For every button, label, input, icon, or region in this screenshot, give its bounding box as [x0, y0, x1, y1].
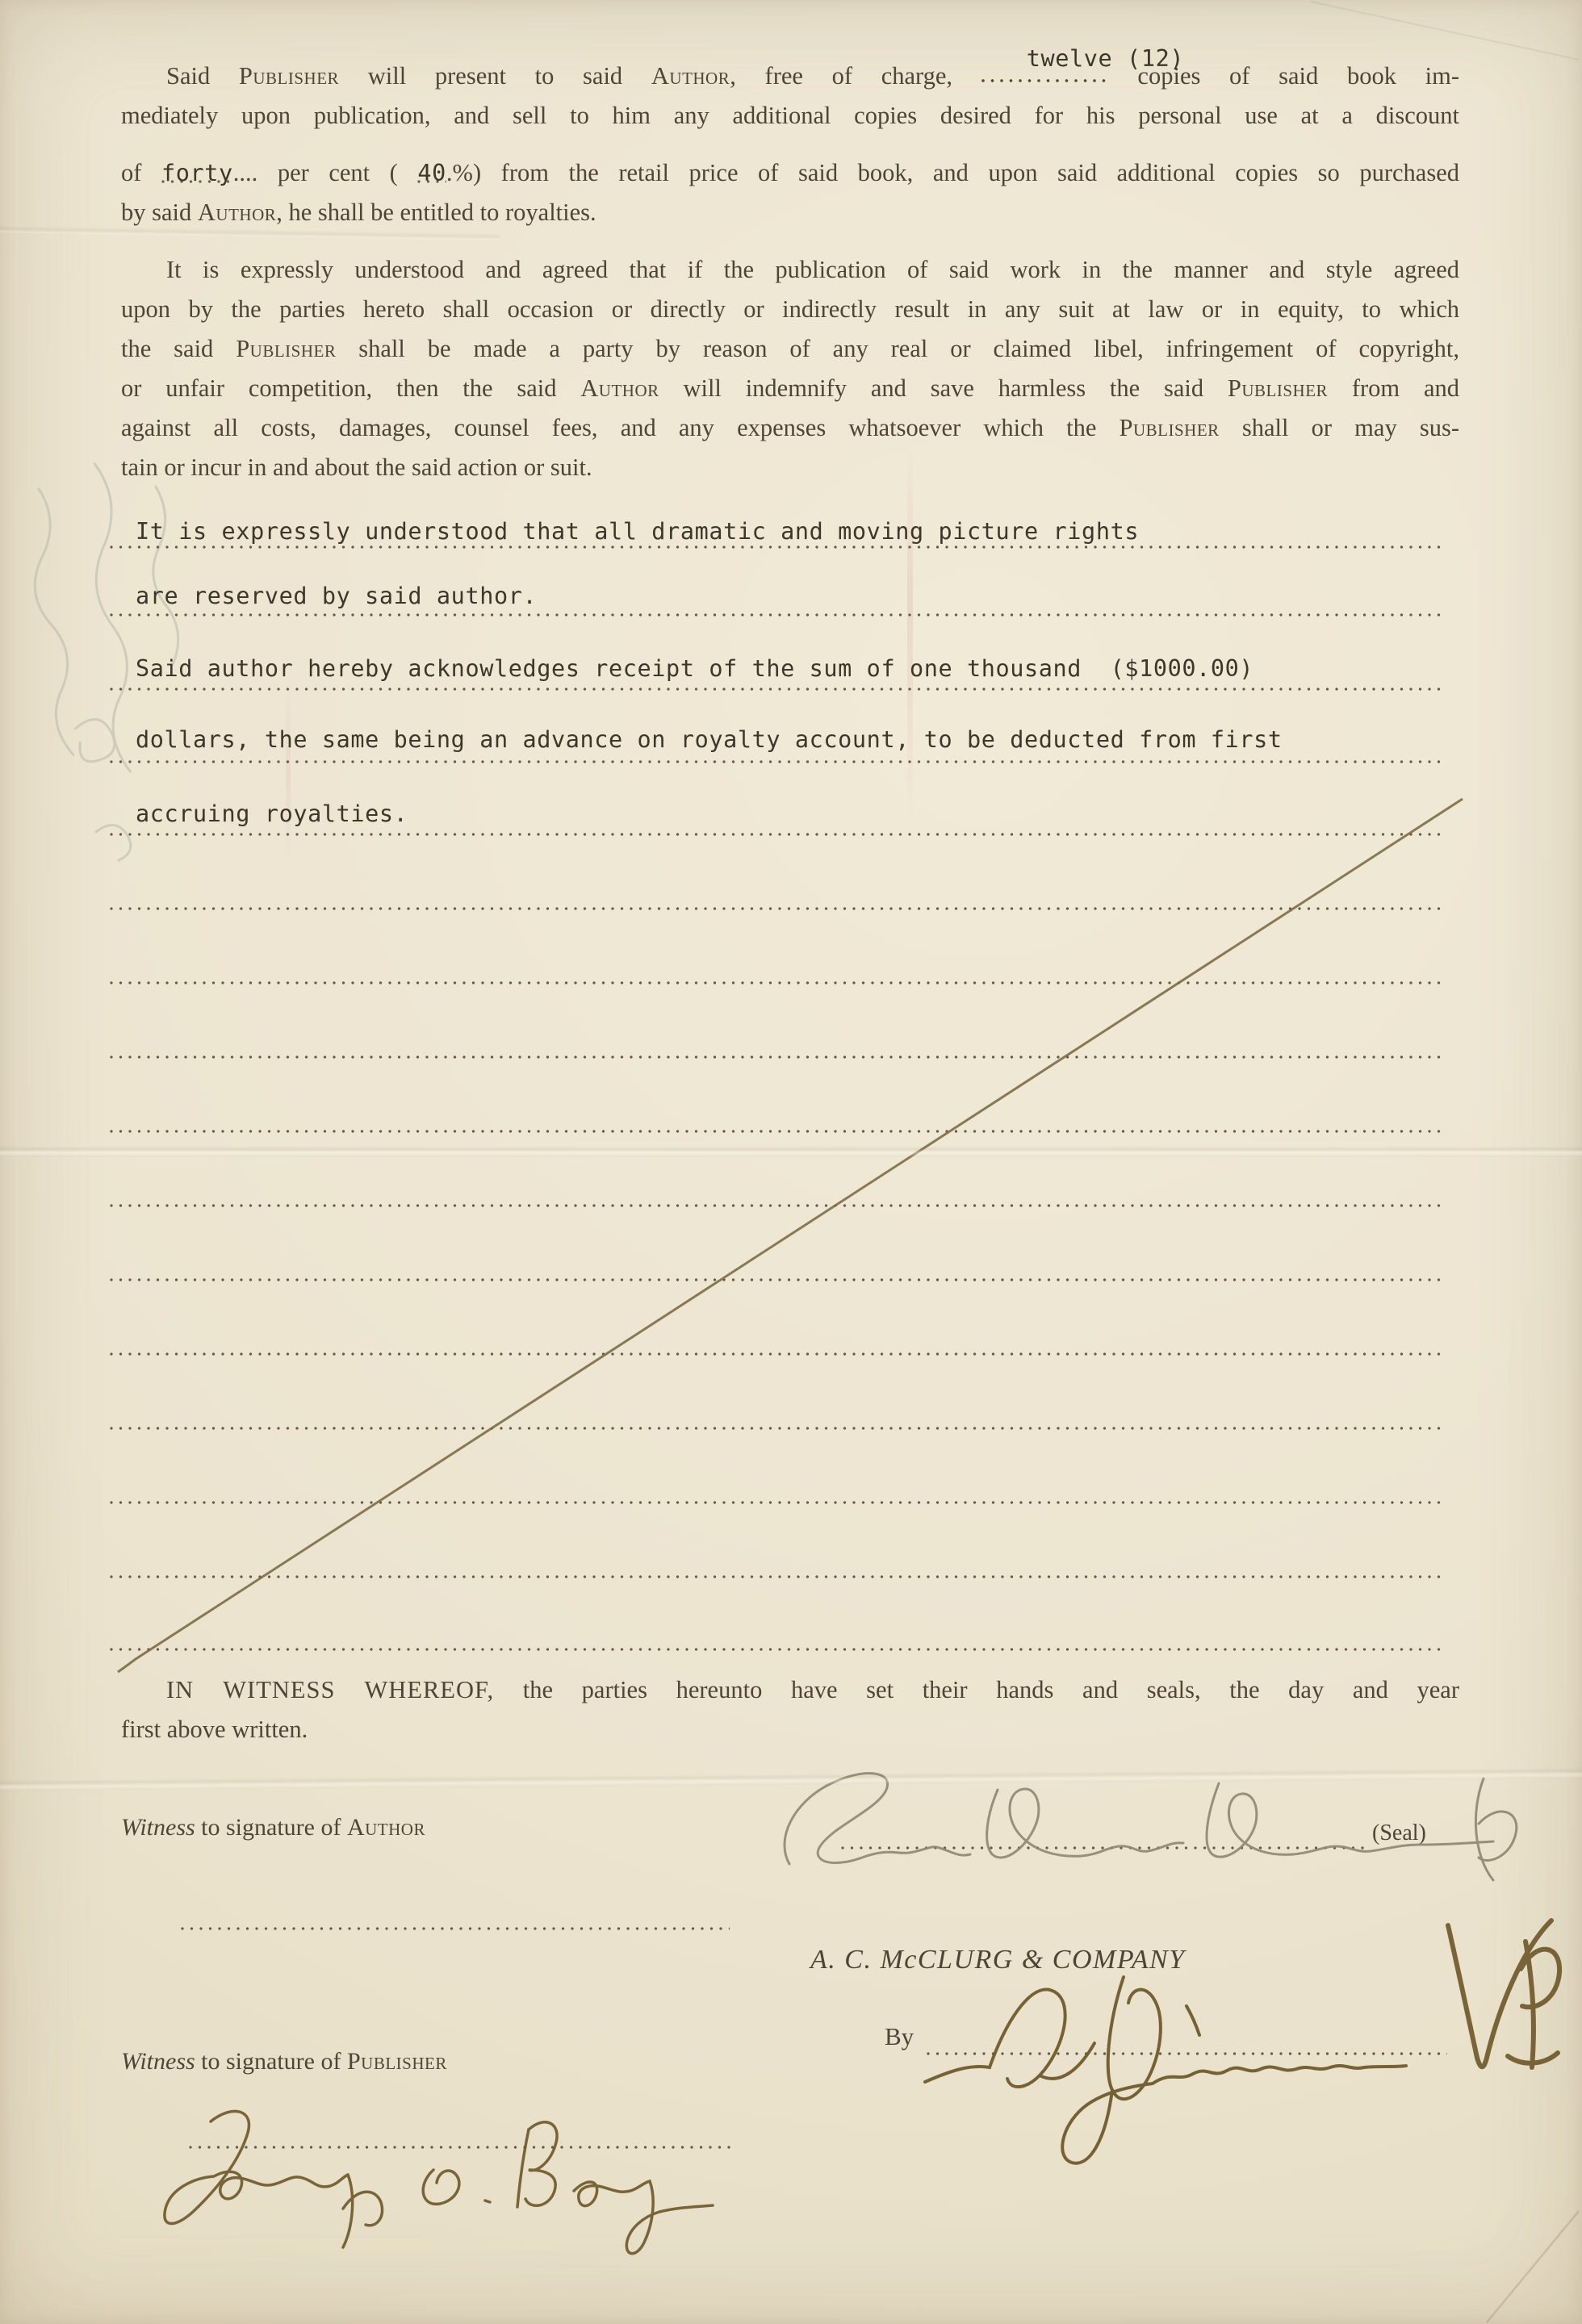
dotted-rule	[110, 1055, 1446, 1059]
text-run: .%) from the retail price of said book, …	[446, 159, 1459, 186]
typed-fill-in-value: twelve (12)	[981, 39, 1184, 78]
dotted-rule	[110, 1352, 1446, 1356]
typed-line-5: accruing royalties.	[136, 800, 408, 827]
dotted-rule	[110, 688, 1446, 691]
dotted-rule	[110, 613, 1446, 617]
paragraph-2: It is expressly understood and agreed th…	[121, 250, 1459, 487]
witness-word: Witness	[121, 2048, 195, 2075]
dotted-rule	[110, 907, 1446, 910]
text-run: to signature of	[195, 2048, 347, 2075]
dotted-rule	[110, 981, 1446, 984]
paragraph-line: first above written.	[121, 1710, 1459, 1749]
text-run: against all costs, damages, counsel fees…	[121, 414, 1120, 441]
typed-line-1: It is expressly understood that all dram…	[136, 518, 1139, 545]
text-run: will present to said	[339, 62, 651, 90]
vp-initials	[1430, 1898, 1567, 2084]
witness-word: Witness	[121, 1814, 195, 1841]
dotted-rule	[110, 1427, 1446, 1430]
paragraph-1-part-a: Said Publisher will present to said Auth…	[121, 56, 1459, 136]
dotted-rule	[110, 1278, 1446, 1281]
text-run-smallcaps: Publisher	[347, 2048, 447, 2075]
text-run: , free of charge,	[730, 62, 981, 90]
witness-publisher-label: Witness to signature of Publisher	[121, 2048, 447, 2075]
text-run: shall or may sus-	[1220, 414, 1459, 441]
dotted-rule	[110, 760, 1446, 763]
text-run-smallcaps: Author	[198, 199, 276, 226]
text-run: will indemnify and save harmless the sai…	[659, 374, 1228, 402]
witness-author-label: Witness to signature of Author	[121, 1814, 425, 1841]
typed-fill-in-forty: forty	[161, 160, 233, 186]
dotted-rule	[110, 1130, 1446, 1133]
publisher-company-name: A. C. McCLURG & COMPANY	[810, 1945, 1186, 1975]
paragraph-line: tain or incur in and about the said acti…	[121, 448, 1459, 487]
paragraph-line: IN WITNESS WHEREOF, the parties hereunto…	[121, 1670, 1459, 1710]
text-run: from and	[1328, 374, 1459, 402]
text-run-smallcaps: Author	[347, 1814, 425, 1841]
text-run: by said	[121, 199, 198, 226]
fold-crease	[0, 1767, 1582, 1791]
text-run: to signature of	[195, 1814, 347, 1841]
paragraph-line: against all costs, damages, counsel fees…	[121, 408, 1459, 448]
text-run: the said	[121, 335, 236, 362]
text-run: tain or incur in and about the said acti…	[121, 454, 592, 481]
dotted-rule	[110, 1501, 1446, 1504]
text-run: Said	[166, 62, 239, 90]
text-run: , he shall be entitled to royalties.	[276, 199, 596, 226]
text-run: upon by the parties hereto shall occasio…	[121, 295, 1459, 323]
text-run: .... per cent (	[233, 159, 418, 186]
text-run-smallcaps: Author	[580, 374, 659, 402]
author-signature-line	[841, 1846, 1370, 1850]
text-run-smallcaps: Publisher	[1228, 374, 1328, 402]
typed-line-2: are reserved by said author.	[136, 583, 537, 609]
paragraph-line: upon by the parties hereto shall occasio…	[121, 290, 1459, 329]
text-run: It is expressly understood and agreed th…	[166, 256, 1459, 283]
paragraph-1-part-b: of forty.... per cent ( 40.%) from the r…	[121, 153, 1459, 232]
witness-publisher-signature	[133, 2086, 763, 2259]
paragraph-line: It is expressly understood and agreed th…	[121, 250, 1459, 290]
text-run-smallcaps: Publisher	[1120, 414, 1220, 441]
text-run-smallcaps: Author	[651, 62, 730, 90]
typed-fill-in-copies: twelve (12)	[981, 60, 1109, 84]
paragraph-line: of forty.... per cent ( 40.%) from the r…	[121, 153, 1459, 193]
dotted-rule	[110, 545, 1446, 549]
text-run: the parties hereunto have set their hand…	[494, 1676, 1459, 1703]
by-label: By	[885, 2022, 914, 2051]
text-run: of	[121, 159, 161, 186]
text-run: shall be made a party by reason of any r…	[336, 335, 1459, 362]
witness-author-signature-line	[181, 1927, 730, 1930]
paper-streak	[907, 449, 913, 828]
dotted-rule	[110, 1575, 1446, 1578]
paragraph-line: mediately upon publication, and sell to …	[121, 96, 1459, 136]
corner-crease	[1311, 2, 1579, 60]
witness-clause: IN WITNESS WHEREOF, the parties hereunto…	[121, 1670, 1459, 1749]
scanned-contract-page: Said Publisher will present to said Auth…	[0, 0, 1582, 2324]
dotted-rule	[110, 833, 1446, 836]
text-run: or unfair competition, then the said	[121, 374, 580, 402]
fold-crease	[0, 1146, 1582, 1157]
paragraph-line: by said Author, he shall be entitled to …	[121, 193, 1459, 232]
text-run: mediately upon publication, and sell to …	[121, 102, 1459, 129]
paragraph-line: Said Publisher will present to said Auth…	[121, 56, 1459, 96]
publisher-signature-line	[927, 2052, 1447, 2055]
typed-line-3: Said author hereby acknowledges receipt …	[136, 655, 1253, 682]
dotted-rule	[110, 1648, 1446, 1651]
dotted-rule	[110, 1204, 1446, 1207]
corner-crease	[1487, 2211, 1579, 2322]
typed-line-4: dollars, the same being an advance on ro…	[136, 726, 1283, 753]
text-run: first above written.	[121, 1716, 308, 1743]
witness-publisher-signature-line	[189, 2146, 731, 2149]
text-run-smallcaps: Publisher	[236, 335, 336, 362]
text-run-caps: IN WITNESS WHEREOF,	[166, 1676, 494, 1703]
paragraph-line: the said Publisher shall be made a party…	[121, 329, 1459, 369]
text-run-smallcaps: Publisher	[239, 62, 339, 90]
paragraph-line: or unfair competition, then the said Aut…	[121, 369, 1459, 408]
seal-label: (Seal)	[1372, 1820, 1426, 1846]
typed-fill-in-40: 40	[417, 160, 446, 186]
